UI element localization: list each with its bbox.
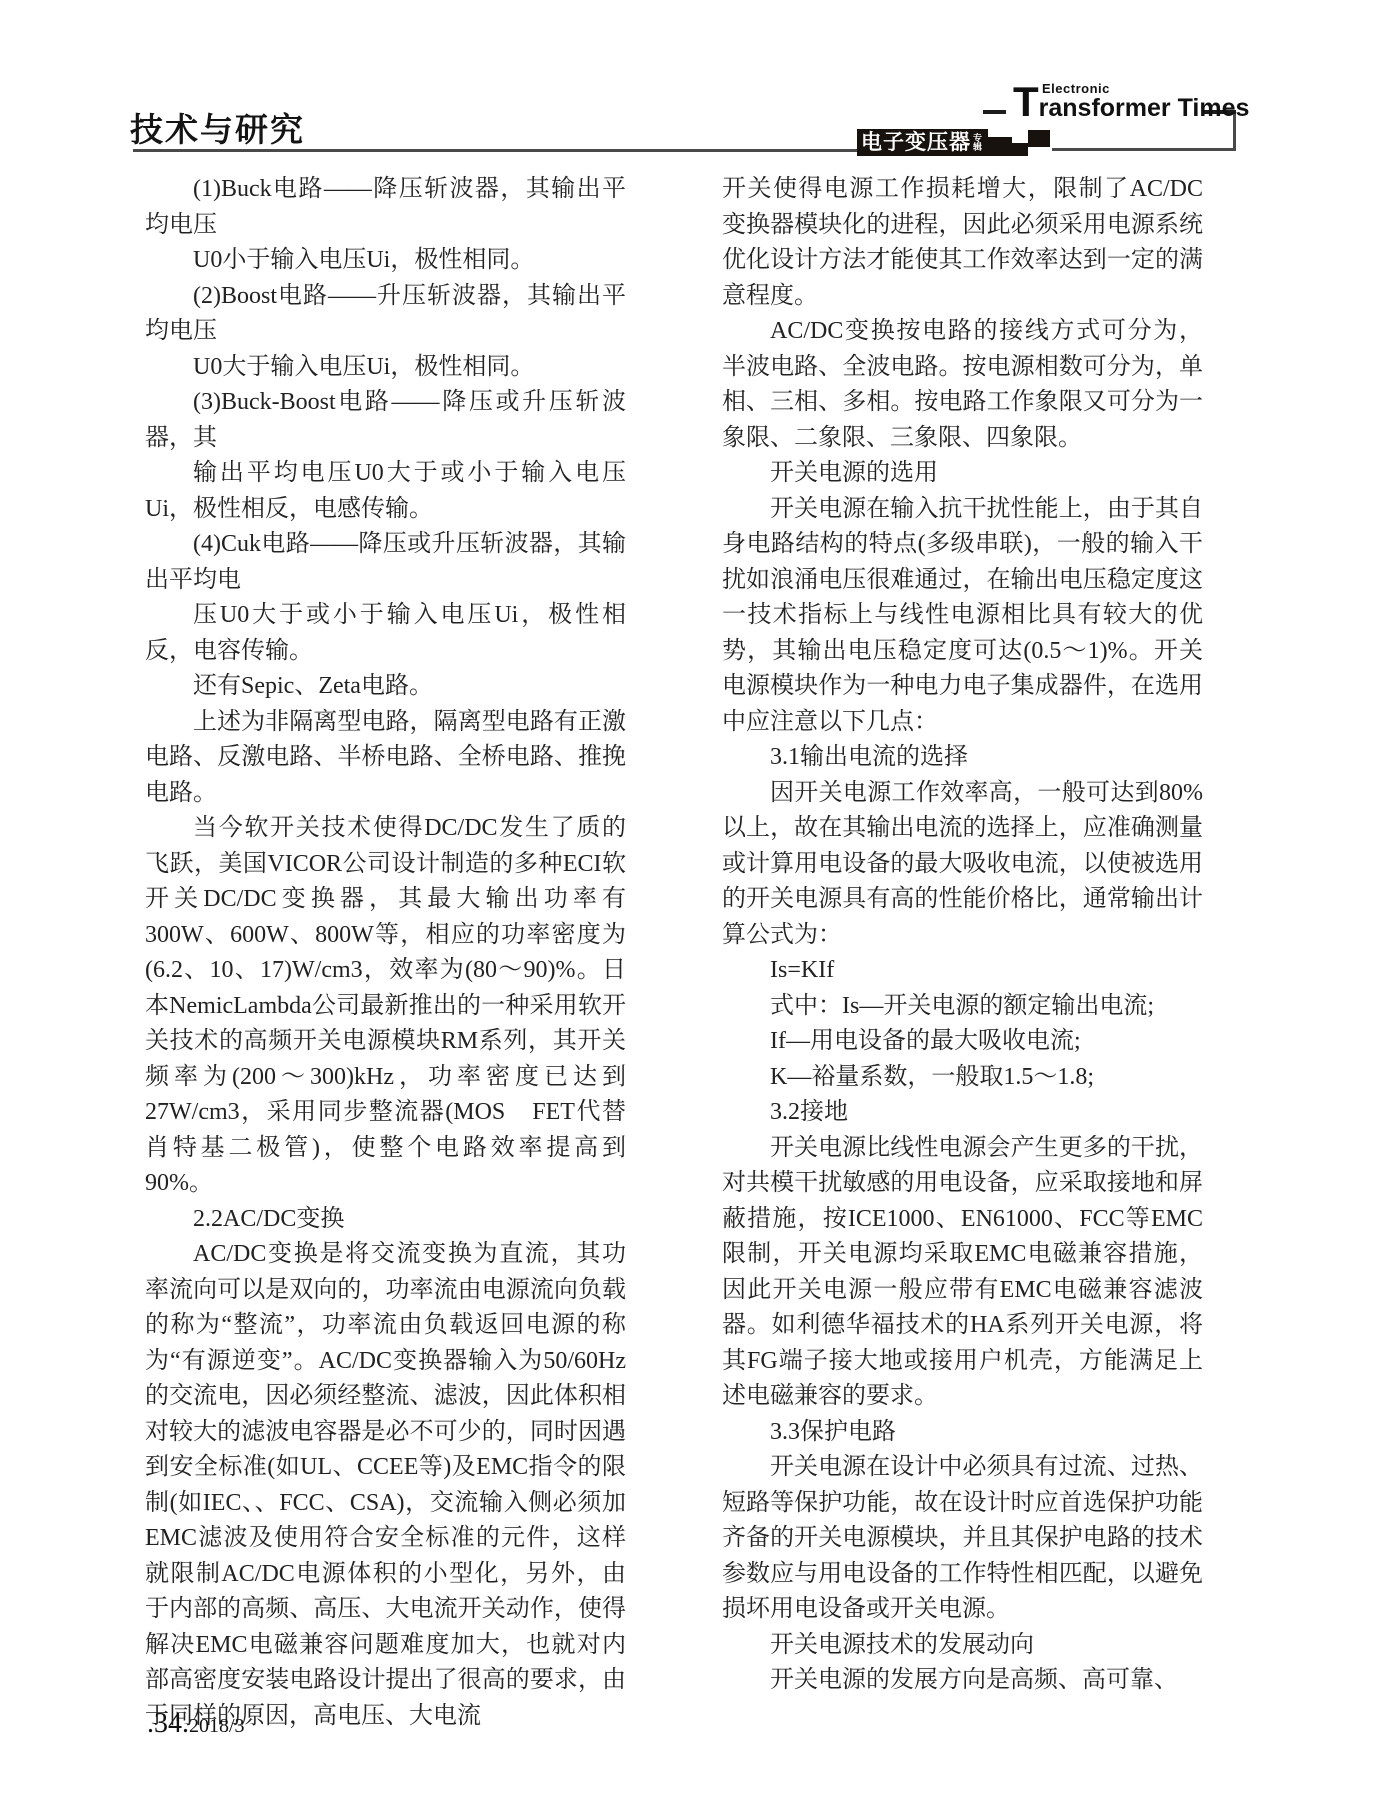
page-footer: .34.2018/3 <box>147 1708 245 1740</box>
page-number: .34. <box>147 1708 189 1739</box>
paragraph: 开关电源在设计中必须具有过流、过热、短路等保护功能，故在设计时应首选保护功能齐备… <box>722 1450 1203 1628</box>
paragraph: 开关电源在输入抗干扰性能上，由于其自身电路结构的特点(多级串联)，一般的输入干扰… <box>722 492 1203 741</box>
paragraph: K—裕量系数，一般取1.5～1.8; <box>722 1060 1203 1096</box>
paragraph: 3.2接地 <box>722 1095 1203 1131</box>
paragraph: 开关电源比线性电源会产生更多的干扰，对共模干扰敏感的用电设备，应采取接地和屏蔽措… <box>722 1131 1203 1415</box>
paragraph: 开关电源的发展方向是高频、高可靠、 <box>722 1663 1203 1699</box>
paragraph: 3.1输出电流的选择 <box>722 740 1203 776</box>
paragraph: 当今软开关技术使得DC/DC发生了质的飞跃，美国VICOR公司设计制造的多种EC… <box>145 811 626 1202</box>
paragraph: 式中：Is—开关电源的额定输出电流; <box>722 989 1203 1025</box>
issue-label: 2018/3 <box>189 1715 245 1737</box>
right-column: 开关使得电源工作损耗增大，限制了AC/DC变换器模块化的进程，因此必须采用电源系… <box>722 172 1203 1734</box>
header-rule-right <box>1052 148 1236 151</box>
paragraph: (4)Cuk电路——降压或升压斩波器，其输出平均电 <box>145 527 626 598</box>
journal-badge: 电子变压器 专辑 <box>857 129 988 156</box>
logo-transformer-times-label: Transformer Times <box>1013 84 1249 126</box>
left-column: (1)Buck电路——降压斩波器，其输出平均电压U0小于输入电压Ui，极性相同。… <box>145 172 626 1734</box>
badge-stair-block <box>988 137 1012 156</box>
section-title: 技术与研究 <box>130 104 305 151</box>
paragraph: 3.3保护电路 <box>722 1415 1203 1451</box>
paragraph: U0大于输入电压Ui，极性相同。 <box>145 350 626 386</box>
paragraph: (2)Boost电路——升压斩波器，其输出平均电压 <box>145 279 626 350</box>
badge-subtitle: 专辑 <box>973 134 984 152</box>
paragraph: AC/DC变换是将交流变换为直流，其功率流向可以是双向的，功率流由电源流向负载的… <box>145 1237 626 1734</box>
badge-title: 电子变压器 <box>861 129 971 156</box>
badge-stair-block <box>1012 143 1028 156</box>
header-rule-left <box>133 149 858 152</box>
paragraph: 2.2AC/DC变换 <box>145 1202 626 1238</box>
badge-stair-block <box>1028 130 1050 147</box>
paragraph: (1)Buck电路——降压斩波器，其输出平均电压 <box>145 172 626 243</box>
paragraph: Is=KIf <box>722 953 1203 989</box>
paragraph: If—用电设备的最大吸收电流; <box>722 1024 1203 1060</box>
paragraph: 压U0大于或小于输入电压Ui，极性相反，电容传输。 <box>145 598 626 669</box>
paragraph: 上述为非隔离型电路，隔离型电路有正激电路、反激电路、半桥电路、全桥电路、推挽电路… <box>145 705 626 812</box>
paragraph: 输出平均电压U0大于或小于输入电压Ui，极性相反，电感传输。 <box>145 456 626 527</box>
paragraph: 开关电源的选用 <box>722 456 1203 492</box>
article-body: (1)Buck电路——降压斩波器，其输出平均电压U0小于输入电压Ui，极性相同。… <box>145 172 1203 1734</box>
paragraph: 还有Sepic、Zeta电路。 <box>145 669 626 705</box>
paragraph: 开关使得电源工作损耗增大，限制了AC/DC变换器模块化的进程，因此必须采用电源系… <box>722 172 1203 314</box>
paragraph: (3)Buck-Boost电路——降压或升压斩波器，其 <box>145 385 626 456</box>
paragraph: 因开关电源工作效率高，一般可达到80%以上，故在其输出电流的选择上，应准确测量或… <box>722 776 1203 954</box>
paragraph: U0小于输入电压Ui，极性相同。 <box>145 243 626 279</box>
paragraph: 开关电源技术的发展动向 <box>722 1628 1203 1664</box>
paragraph: AC/DC变换按电路的接线方式可分为，半波电路、全波电路。按电源相数可分为，单相… <box>722 314 1203 456</box>
magazine-page: 技术与研究 Electronic Transformer Times 电子变压器… <box>0 0 1380 1820</box>
logo-left-dash <box>983 110 1006 114</box>
